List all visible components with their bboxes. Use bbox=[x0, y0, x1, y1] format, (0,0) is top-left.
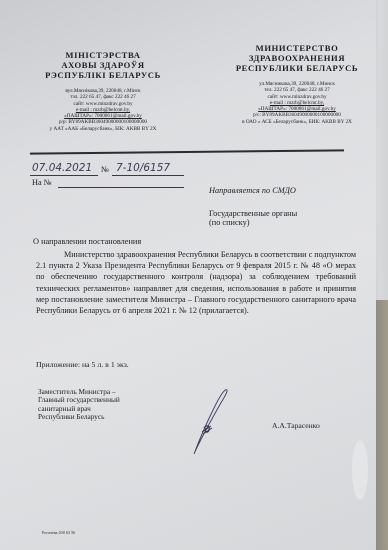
bank-line: у ААТ «ААБ «Беларусбанк», БІК: AKBB BY 2… bbox=[28, 126, 178, 132]
reply-to-label: На № bbox=[32, 178, 52, 188]
ministry-address-ru: ул.Мясникова,39, 220048, г.Минск тел. 22… bbox=[222, 81, 372, 125]
registration-date: 07.04.2021 bbox=[32, 162, 92, 174]
page-smudge bbox=[352, 440, 368, 500]
name-line: МІНІСТЭРСТВА bbox=[28, 50, 178, 60]
name-line: МИНИСТЕРСТВО bbox=[222, 43, 372, 53]
body-paragraph: Министерство здравоохранения Республики … bbox=[36, 249, 356, 316]
name-line: РЭСПУБЛІКІ БЕЛАРУСЬ bbox=[28, 70, 178, 80]
date-underline bbox=[30, 175, 98, 176]
signatory-name: А.А.Тарасенко bbox=[272, 421, 320, 431]
subject-line: О направлении постановления bbox=[33, 237, 141, 247]
handwritten-signature-icon bbox=[190, 388, 230, 458]
ministry-address-by: вул.Мяснікова,39, 220048, г.Мінск тэл. 2… bbox=[28, 88, 178, 132]
ministry-name-ru: МИНИСТЕРСТВО ЗДРАВООХРАНЕНИЯ РЕСПУБЛИКИ … bbox=[222, 43, 372, 73]
title-line: Республики Беларусь bbox=[38, 413, 120, 421]
name-line: РЕСПУБЛИКИ БЕЛАРУСЬ bbox=[222, 63, 372, 73]
attachment-note: Приложение: на 5 л. в 1 экз. bbox=[36, 360, 129, 370]
background-table-edge bbox=[376, 300, 388, 550]
document-page: МІНІСТЭРСТВА АХОВЫ ЗДАРОЎЯ РЭСПУБЛІКІ БЕ… bbox=[0, 0, 376, 550]
executor-note: Рогачева 200 63 56 bbox=[42, 530, 75, 535]
number-underline bbox=[112, 175, 184, 176]
header-divider bbox=[30, 149, 344, 154]
registration-number: 7-10/6157 bbox=[116, 162, 170, 174]
delivery-method: Направляется по СМДО bbox=[209, 186, 296, 196]
ministry-name-by: МІНІСТЭРСТВА АХОВЫ ЗДАРОЎЯ РЭСПУБЛІКІ БЕ… bbox=[28, 50, 178, 80]
signatory-title: Заместитель Министра – Главный государст… bbox=[38, 388, 120, 422]
number-label: № bbox=[101, 165, 109, 175]
reply-underline bbox=[58, 187, 184, 188]
bank-line: в ОАО « АСБ «Беларусбанк», БИК: AKBB BY … bbox=[222, 119, 372, 125]
header-right-russian: МИНИСТЕРСТВО ЗДРАВООХРАНЕНИЯ РЕСПУБЛИКИ … bbox=[222, 43, 372, 125]
name-line: АХОВЫ ЗДАРОЎЯ bbox=[28, 60, 178, 70]
background-top-edge bbox=[378, 0, 388, 300]
recipient-line-2: (по списку) bbox=[209, 218, 250, 227]
header-left-belarusian: МІНІСТЭРСТВА АХОВЫ ЗДАРОЎЯ РЭСПУБЛІКІ БЕ… bbox=[28, 50, 178, 132]
name-line: ЗДРАВООХРАНЕНИЯ bbox=[222, 53, 372, 63]
recipient-line-1: Государственные органы bbox=[209, 209, 297, 218]
